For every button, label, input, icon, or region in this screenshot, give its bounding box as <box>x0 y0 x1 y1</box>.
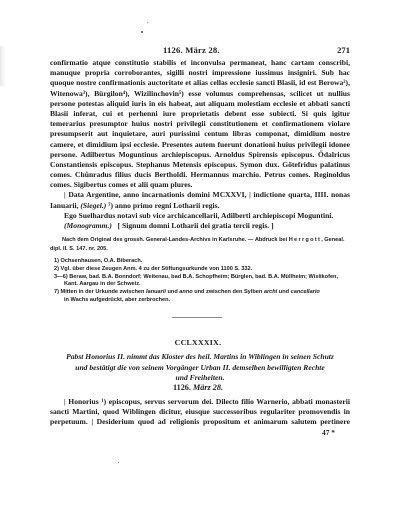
date-day: März 28. <box>193 383 223 392</box>
document-number: CCLXXXIX. <box>0 338 396 347</box>
footnote-marker: 3—6) <box>54 274 68 280</box>
author-name: Herrgott <box>289 237 321 243</box>
text-line: confirmatio atque constitutio stabilis e… <box>50 58 350 68</box>
monogram-label: (Monogramm.) <box>64 221 112 230</box>
text-line: comes. Sigibertus comes et alii quam plu… <box>50 180 350 190</box>
text-line: manuque propria corroborantes, sigilli n… <box>50 68 350 78</box>
footnote-3-6: 3—6) Beraw, bad. B.A. Bonndorf; Weitenau… <box>54 274 350 282</box>
source-text: Nach dem Original des grossh. General-La… <box>62 237 289 243</box>
text-line: perpetuum. | Desiderium quod ad religion… <box>50 417 350 427</box>
dating-text: ⁷) anno primo regni Lotharii regis. <box>106 201 219 210</box>
regest-line: Pabst Honorius II. nimmt das Kloster des… <box>50 352 350 363</box>
text-line: temerarius presumptor huius nostri privi… <box>50 119 350 129</box>
footnote-2: 2) Vgl. über diese Zeugen Anm. 4 zu der … <box>54 266 350 274</box>
section-separator <box>172 317 222 318</box>
text-line: comes. Chůnradus filius ducis Bertholdi.… <box>50 170 350 180</box>
text-line: Constantiensis episcopus. Stephanus Mete… <box>50 160 350 170</box>
document-text: | Honorius ¹) episcopus, servus servorum… <box>50 397 350 428</box>
page-number: 271 <box>337 45 350 55</box>
charter-text: confirmatio atque constitutio stabilis e… <box>50 58 350 231</box>
text-line: | Honorius ¹) episcopus, servus servorum… <box>50 397 350 407</box>
date-year: 1126. <box>173 383 191 392</box>
text-line: sancti Martini, quod Wiblingen dicitur, … <box>50 407 350 417</box>
text-line: quoque nostre confirmationis auctoritate… <box>50 78 350 88</box>
seal-label: (Siegel.) <box>80 201 106 210</box>
source-text: , Geneal. <box>321 237 344 243</box>
footnote-text: Vgl. über diese Zeugen Anm. 4 zu der Sti… <box>61 266 253 272</box>
footnote-text: und zwischen den Sylben <box>193 289 264 295</box>
dating-text: Ianuarii, <box>50 201 80 210</box>
footnote-1: 1) Ochsenhausen, O.A. Biberach. <box>54 258 350 266</box>
page-edge-shadow <box>0 46 6 86</box>
scan-speck <box>141 31 143 33</box>
footnote-italic: cancellario <box>291 289 320 295</box>
running-head: 1126. März 28. 271 <box>50 45 350 57</box>
footnote-marker: 2) <box>54 266 59 272</box>
footnote-italic: anno <box>179 289 192 295</box>
monogram-line: (Monogramm.) [ Signum domni Lotharii dei… <box>50 221 350 231</box>
signum-text: [ Signum domni Lotharii dei gratia terci… <box>118 221 274 230</box>
source-note: Nach dem Original des grossh. General-La… <box>50 236 350 253</box>
book-page: 1126. März 28. 271 confirmatio atque con… <box>0 0 396 512</box>
footnote-italic: Ianuarii <box>146 289 166 295</box>
scan-speck <box>147 22 148 23</box>
regest-line: und Freiheiten. <box>50 373 350 384</box>
text-line: Witenowa³), Bürgilon⁴), Wizilinchovin⁵) … <box>50 89 350 99</box>
footnote-text: Mitten in der Urkunde zwischen <box>61 289 146 295</box>
scan-speck <box>118 462 119 463</box>
text-line: persone. Adilbertus Moguntinus archiepis… <box>50 150 350 160</box>
signature-mark: 47 * <box>322 428 335 437</box>
footnote-text: und <box>166 289 179 295</box>
footnote-7: 7) Mitten in der Urkunde zwischen Ianuar… <box>54 289 350 297</box>
regest: Pabst Honorius II. nimmt das Kloster des… <box>50 352 350 384</box>
running-head-date: 1126. März 28. <box>163 45 220 55</box>
dating-clause: | Data Argentine, anno incarnationis dom… <box>50 190 350 200</box>
footnote-marker: 7) <box>54 289 59 295</box>
text-line: camere, et dimidium ipsi ecclesie. Prese… <box>50 140 350 150</box>
footnote-text: Ochsenhausen, O.A. Biberach. <box>61 258 143 264</box>
text-line: Blasii inferat, cui et perhenni iure pro… <box>50 109 350 119</box>
footnote-italic: archi <box>264 289 277 295</box>
source-line-1: Nach dem Original des grossh. General-La… <box>50 236 350 245</box>
text-line: persone potestas aliquid iuris in eis ha… <box>50 99 350 109</box>
regest-line: und bestätigt die von seinem Vorgänger U… <box>50 363 350 374</box>
footnote-3-6-cont: Kant. Aargau in der Schweiz. <box>54 281 350 289</box>
recognition-line: Ego Suelhardus notavi sub vice archicanc… <box>50 211 350 221</box>
text-line: presumpserit aut inquietare, auri puriss… <box>50 129 350 139</box>
footnote-marker: 1) <box>54 258 59 264</box>
footnotes: 1) Ochsenhausen, O.A. Biberach. 2) Vgl. … <box>54 258 350 305</box>
footnote-text: Beraw, bad. B.A. Bonndorf; Weitenau, bad… <box>69 274 338 280</box>
dating-clause-cont: Ianuarii, (Siegel.) ⁷) anno primo regni … <box>50 201 350 211</box>
document-date: 1126. März 28. <box>0 383 396 392</box>
source-line-2: dipl. II. S. 147. nr. 205. <box>50 245 350 254</box>
footnote-text: und <box>277 289 290 295</box>
footnote-7-cont: in Wachs aufgedrückt, aber zerbrochen. <box>54 297 350 305</box>
